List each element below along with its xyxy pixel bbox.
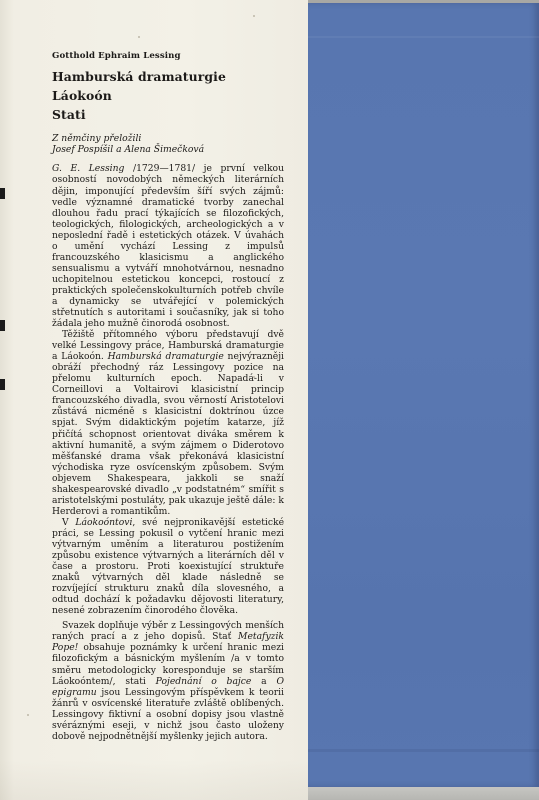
translators-line-2: Josef Pospíšil a Alena Šimečková <box>52 144 284 155</box>
bottom-grey-strip <box>308 787 539 800</box>
edge-marker <box>0 379 5 390</box>
book-title-2: Láokoón <box>52 86 284 105</box>
blurb-text: a <box>251 676 276 687</box>
blurb-paragraph: G. E. Lessing /1729—1781/ je první velko… <box>52 163 284 329</box>
blurb-text: , své nejpronikavější estetické práci, s… <box>52 517 284 616</box>
paper-speck <box>138 36 140 38</box>
cover-fold-line <box>308 749 539 752</box>
edge-marker <box>0 188 5 199</box>
flap-text-column: Gotthold Ephraim Lessing Hamburská drama… <box>52 51 284 742</box>
italic-title-ref: Láokoóntovi <box>75 517 132 528</box>
blurb-paragraph: Těžiště přítomného výboru představují dv… <box>52 329 284 517</box>
blurb-paragraph: Svazek doplňuje výběr z Lessingových men… <box>52 620 284 742</box>
blue-cover-panel <box>308 3 539 787</box>
book-title-1: Hamburská dramaturgie <box>52 67 284 86</box>
italic-title-ref: Pojednání o bajce <box>156 676 252 687</box>
paper-speck <box>253 15 255 17</box>
author-name: Gotthold Ephraim Lessing <box>52 51 284 62</box>
edge-marker <box>0 320 5 331</box>
paper-shadow <box>0 760 308 800</box>
italic-title-ref: Hamburská dramaturgie <box>108 351 224 362</box>
italic-title-ref: G. E. Lessing <box>52 163 124 174</box>
translators-credit: Z němčiny přeložili Josef Pospíšil a Ale… <box>52 133 284 155</box>
blurb-paragraph: V Láokoóntovi, své nejpronikavější estet… <box>52 517 284 616</box>
blurb-text: /1729—1781/ je první velkou osobností no… <box>52 163 284 329</box>
paper-speck <box>27 714 29 716</box>
cover-fold-line <box>308 36 539 38</box>
blurb-body: G. E. Lessing /1729—1781/ je první velko… <box>52 163 284 741</box>
blurb-text: V <box>62 517 75 528</box>
blurb-text: nejvýrazněji obráží přechodný ráz Lessin… <box>52 351 284 517</box>
translators-line-1: Z němčiny přeložili <box>52 133 284 144</box>
book-title-3: Stati <box>52 105 284 124</box>
